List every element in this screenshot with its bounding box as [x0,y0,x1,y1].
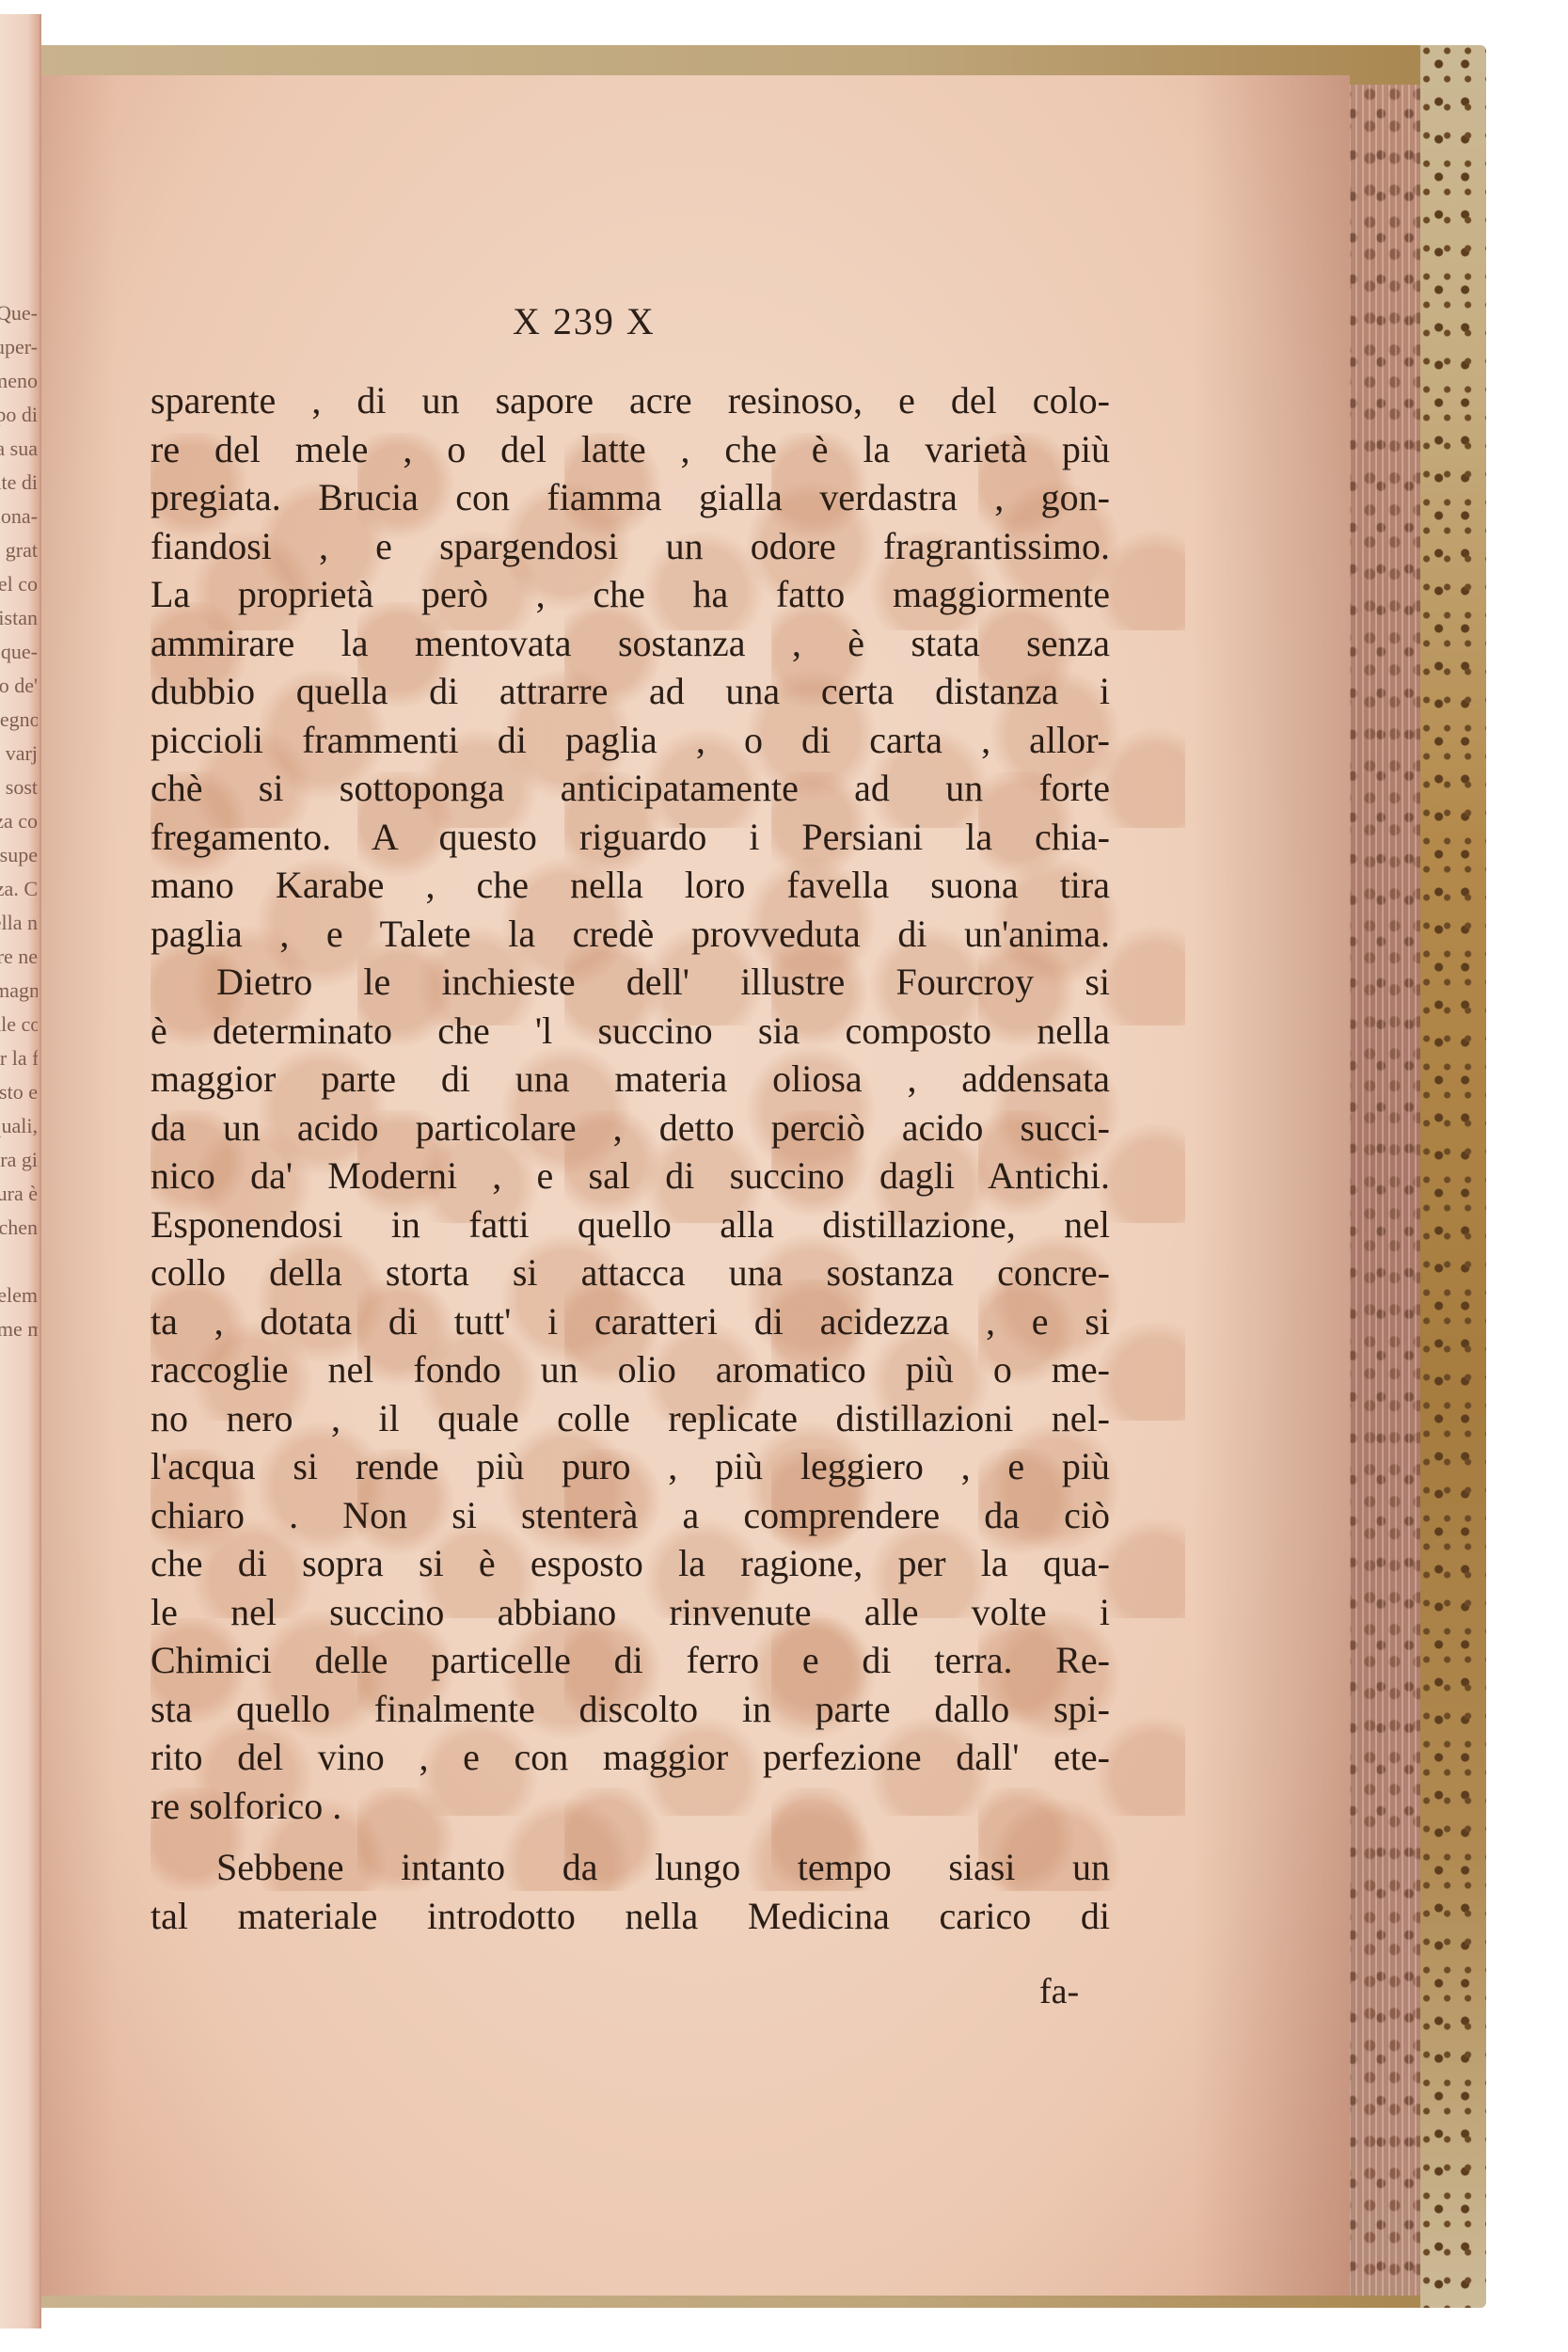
text-line: collo della storta si attacca una sostan… [150,1248,1110,1297]
body-text: sparente , di un sapore acre resinoso, e… [150,376,1110,1940]
left-page-line: suoro de' [0,669,38,703]
left-page-line: natura è [0,1177,38,1211]
left-page-line: e nel co [0,567,38,601]
text-line: fregamento. A questo riguardo i Persiani… [150,813,1110,862]
text-line: tal materiale introdotto nella Medicina … [150,1892,1110,1941]
text-line: Sebbene intanto da lungo tempo siasi un [150,1843,1110,1892]
left-page-line: si manchen [0,1211,38,1245]
text-line: da un acido particolare , detto perciò a… [150,1104,1110,1152]
left-page-line: l'uper- [0,330,38,364]
left-page-line: di Alemagn [0,974,38,1008]
left-page-line: sulle supe [0,838,38,872]
left-page-line: ambra gi [0,1143,38,1177]
text-line: sparente , di un sapore acre resinoso, e… [150,376,1110,425]
left-page-line: n meno [0,364,38,398]
left-page-line: delle grat [0,533,38,567]
left-page-line: alla sua [0,432,38,466]
running-head: X 239 X [513,299,656,343]
left-page-line [0,1245,38,1279]
left-page-line: maniere ne [0,940,38,974]
text-line: Chimici delle particelle di ferro e di t… [150,1636,1110,1685]
text-line: fiandosi , e spargendosi un odore fragra… [150,522,1110,571]
text-line: re del mele , o del latte , che è la var… [150,425,1110,474]
text-line: mano Karabe , che nella loro favella suo… [150,861,1110,910]
text-line: La proprietà però , che ha fatto maggior… [150,570,1110,619]
text-line: ta , dotata di tutt' i caratteri di acid… [150,1297,1110,1346]
left-page-line: di bitume mor [0,1312,38,1346]
left-page-line: l. Que- [0,296,38,330]
left-page-line: il questo e [0,1075,38,1109]
left-page-line: dezza. C [0,872,38,906]
text-line: chiaro . Non si stenterà a comprendere d… [150,1491,1110,1540]
left-page-line: minerale con l [0,1008,38,1041]
left-page-text: l. Que-l'uper-n menompo dialla suabrican… [0,296,38,1346]
text-line: Esponendosi in fatti quello alla distill… [150,1200,1110,1249]
text-line: paglia , e Talete la credè provveduta di… [150,910,1110,959]
text-line: è determinato che 'l succino sia compost… [150,1007,1110,1056]
text-line: no nero , il quale colle replicate disti… [150,1394,1110,1443]
text-line: piccioli frammenti di paglia , o di cart… [150,716,1110,765]
text-line: pregiata. Brucia con fiamma gialla verda… [150,473,1110,522]
text-line: ammirare la mentovata sostanza , è stata… [150,619,1110,668]
text-line: raccoglie nel fondo un olio aromatico pi… [150,1345,1110,1394]
left-page-line: . E' que- [0,635,38,669]
book-cover-edge [1420,45,1486,2308]
left-page-line: mpo di [0,398,38,432]
left-page-line: di varj [0,737,38,771]
left-page-line: acquistan [0,601,38,635]
left-page-line: ch' ella n [0,906,38,940]
left-page-line: videnza co [0,804,38,838]
text-line: maggior parte di una materia oliosa , ad… [150,1055,1110,1104]
text-line: re solforico . [150,1782,1110,1831]
text-line: nico da' Moderni , e sal di succino dagl… [150,1152,1110,1200]
left-page-line: li, o l' elem [0,1279,38,1312]
left-page-line: i quali, [0,1109,38,1143]
left-page-fragment: l. Que-l'uper-n menompo dialla suabrican… [0,14,41,2328]
catchword: fa- [1039,1971,1079,2012]
text-line: dubbio quella di attrarre ad una certa d… [150,667,1110,716]
left-page-line: bricante di [0,466,38,500]
text-line: le nel succino abbiano rinvenute alle vo… [150,1588,1110,1637]
text-line: rito del vino , e con maggior perfezione… [150,1733,1110,1782]
text-line: Dietro le inchieste dell' illustre Fourc… [150,958,1110,1007]
left-page-line: mostrar la falso [0,1041,38,1075]
left-page-line: , detta sost [0,771,38,804]
text-line: che di sopra si è esposto la ragione, pe… [150,1539,1110,1588]
text-line: sta quello finalmente discolto in parte … [150,1685,1110,1734]
left-page-line: no il Regno [0,703,38,737]
text-line: chè si sottoponga anticipatamente ad un … [150,764,1110,813]
text-line: l'acqua si rende più puro , più leggiero… [150,1442,1110,1491]
left-page-line: perciona- [0,500,38,533]
